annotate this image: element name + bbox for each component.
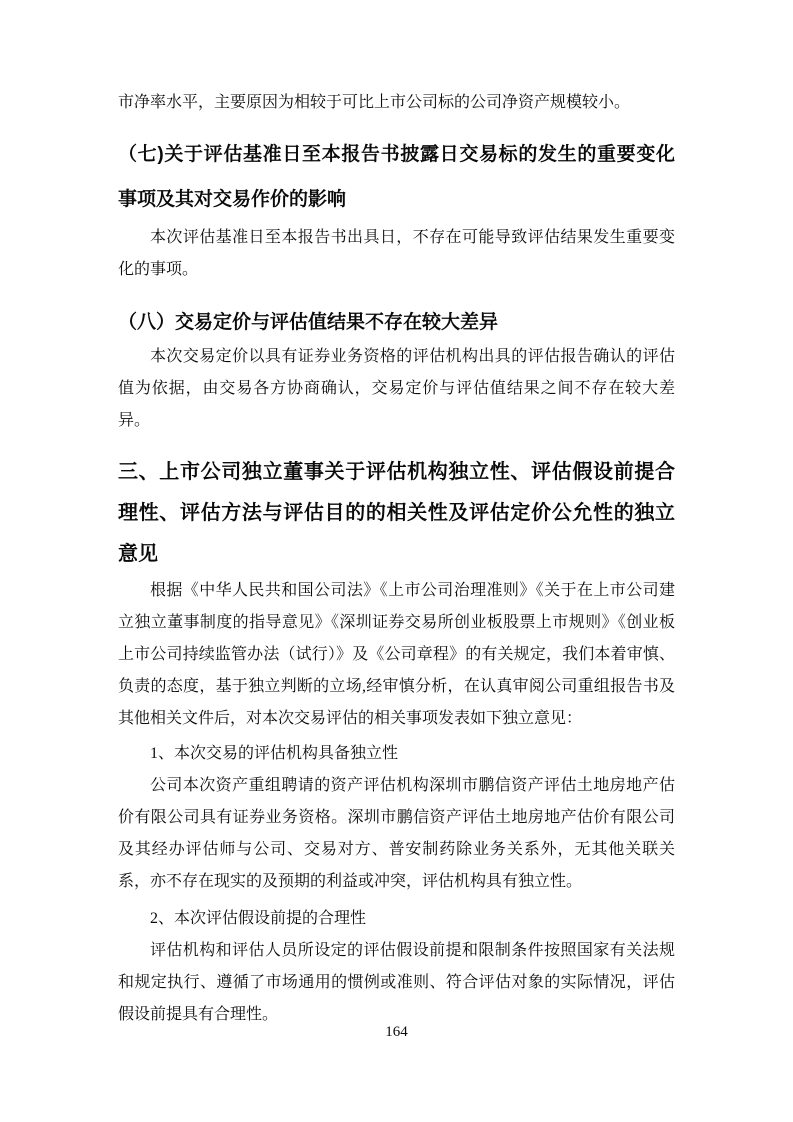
paragraph-assumption-reasonableness: 评估机构和评估人员所设定的评估假设前提和限制条件按照国家有关法规和规定执行、遵循… [118,935,675,1031]
subheading-1-appraiser-independence: 1、本次交易的评估机构具备独立性 [118,738,675,770]
paragraph-section-7: 本次评估基准日至本报告书出具日，不存在可能导致评估结果发生重要变化的事项。 [118,222,675,286]
heading-section-7: （七)关于评估基准日至本报告书披露日交易标的发生的重要变化事项及其对交易作价的影… [118,132,675,222]
paragraph-legal-basis: 根据《中华人民共和国公司法》《上市公司治理准则》《关于在上市公司建立独立董事制度… [118,575,675,735]
paragraph-continuation: 市净率水平，主要原因为相较于可比上市公司标的公司净资产规模较小。 [118,87,675,119]
subheading-2-assumption-reasonableness: 2、本次评估假设前提的合理性 [118,903,675,935]
heading-section-8: （八）交易定价与评估值结果不存在较大差异 [118,305,675,341]
heading-section-3-independent-directors-opinion: 三、上市公司独立董事关于评估机构独立性、评估假设前提合理性、评估方法与评估目的的… [118,452,675,575]
page-number: 164 [0,1022,793,1042]
paragraph-appraiser-independence: 公司本次资产重组聘请的资产评估机构深圳市鹏信资产评估土地房地产估价有限公司具有证… [118,770,675,898]
document-page: 市净率水平，主要原因为相较于可比上市公司标的公司净资产规模较小。 （七)关于评估… [0,0,793,1122]
paragraph-section-8: 本次交易定价以具有证券业务资格的评估机构出具的评估报告确认的评估值为依据，由交易… [118,341,675,437]
